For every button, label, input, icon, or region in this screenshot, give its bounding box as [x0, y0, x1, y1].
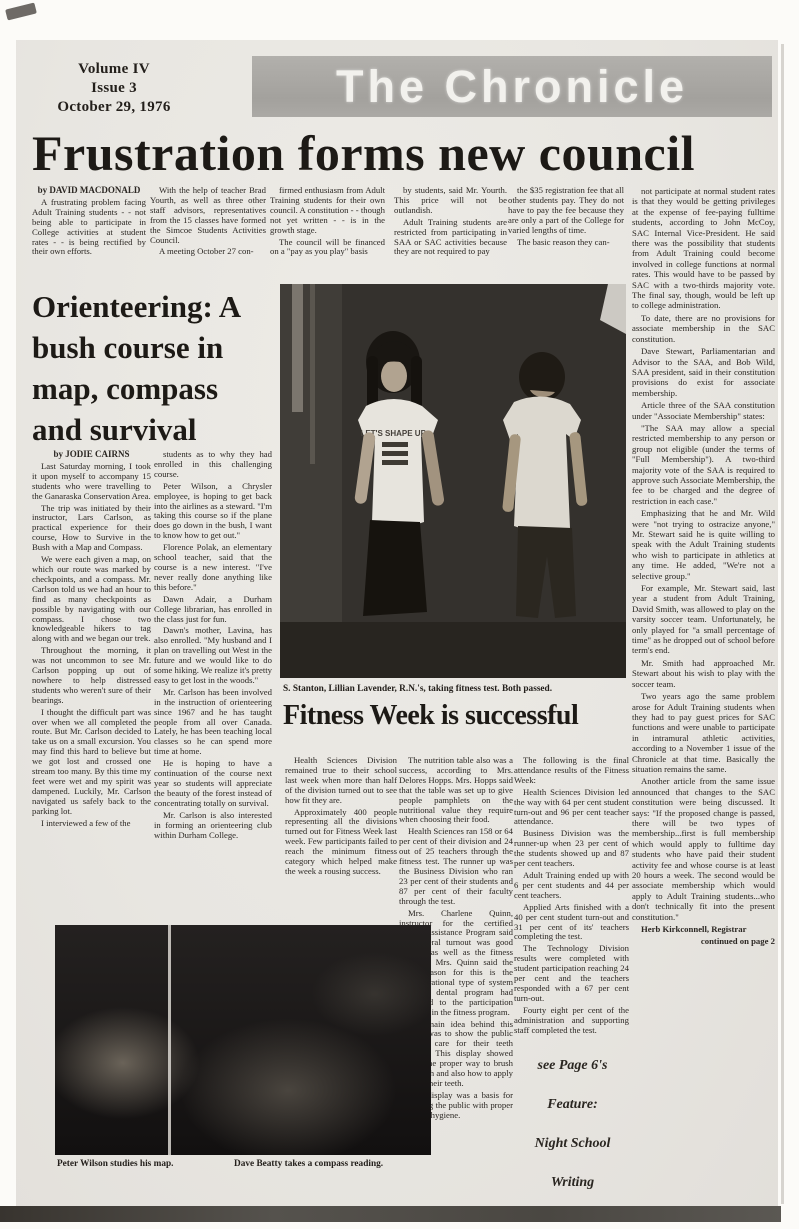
paragraph: Florence Polak, an elementary school tea…: [154, 543, 272, 593]
main-photo-caption: S. Stanton, Lillian Lavender, R.N.'s, ta…: [283, 684, 629, 694]
lead-column-3: firmed enthusiasm from Adult Training st…: [270, 186, 385, 259]
paragraph: Applied Arts finished with a 40 per cent…: [514, 903, 629, 943]
paragraph: Emphasizing that he and Mr. Wild were "n…: [632, 508, 775, 581]
fitness-test-photo: LET'S SHAPE UP...: [280, 284, 626, 678]
lead-column-5: the $35 registration fee that all other …: [508, 186, 624, 249]
bottom-photo-caption-left: Peter Wilson studies his map.: [57, 1159, 227, 1169]
paragraph: The nutrition table also was a success, …: [399, 756, 513, 825]
paragraph: the $35 registration fee that all other …: [508, 186, 624, 236]
fitness-column-1: Health Sciences Division remained true t…: [285, 756, 397, 879]
orienteering-column-2: students as to why they had enrolled in …: [154, 450, 272, 922]
paragraph: To date, there are no provisions for ass…: [632, 313, 775, 344]
paragraph: students as to why they had enrolled in …: [154, 450, 272, 480]
paragraph: Mr. Smith had approached Mr. Stewart abo…: [632, 658, 775, 689]
paragraph: Dawn Adair, a Durham College librarian, …: [154, 595, 272, 625]
paragraph: He is hoping to have a continuation of t…: [154, 759, 272, 809]
paragraph: Approximately 400 people representing al…: [285, 808, 397, 877]
paragraph: The basic reason they can-: [508, 238, 624, 248]
page-edge-line: [781, 44, 784, 1204]
headline-line: bush course in: [32, 327, 282, 368]
lead-right-column: not participate at normal student rates …: [632, 186, 775, 1204]
lead-column-1: by DAVID MACDONALD A frustrating problem…: [32, 186, 146, 259]
paragraph: "The SAA may allow a special restricted …: [632, 423, 775, 506]
paragraph: Health Sciences Division remained true t…: [285, 756, 397, 806]
promo-line: see Page 6's: [500, 1058, 645, 1074]
paragraph: I interviewed a few of the: [32, 819, 151, 829]
newspaper-page: Volume IV Issue 3 October 29, 1976 The C…: [0, 0, 799, 1229]
paragraph: Two years ago the same problem arose for…: [632, 691, 775, 774]
paragraph: Health Sciences Division led the way wit…: [514, 788, 629, 828]
paragraph: The trip was initiated by their instruct…: [32, 504, 151, 554]
orienteering-headline: Orienteering: Abush course inmap, compas…: [32, 286, 282, 450]
paragraph: Adult Training students are restricted f…: [394, 218, 507, 258]
paragraph: The following is the final attendance re…: [514, 756, 629, 786]
orienteering-column-1: by JODIE CAIRNS Last Saturday morning, I…: [32, 450, 151, 922]
paragraph: by students, said Mr. Yourth. This price…: [394, 186, 507, 216]
promo-line: Writing: [500, 1175, 645, 1191]
fitness-headline: Fitness Week is successful: [283, 700, 633, 732]
registrar-line: Herb Kirkconnell, Registrar: [632, 924, 775, 934]
bottom-photo-caption-right: Dave Beatty takes a compass reading.: [234, 1159, 430, 1169]
paragraph: For example, Mr. Stewart said, last year…: [632, 583, 775, 656]
paragraph: Throughout the morning, it was not uncom…: [32, 646, 151, 705]
lead-headline: Frustration forms new council: [32, 124, 778, 182]
paragraph: Health Sciences ran 158 or 64 per cent o…: [399, 827, 513, 906]
promo-line: Feature:: [500, 1097, 645, 1113]
paragraph: Mr. Carlson is also interested in formin…: [154, 811, 272, 841]
paragraph: Business Division was the runner-up when…: [514, 829, 629, 869]
paragraph: Adult Training ended up with 6 per cent …: [514, 871, 629, 901]
orienteering-byline: by JODIE CAIRNS: [32, 450, 151, 460]
paragraph: I thought the difficult part was over wh…: [32, 708, 151, 817]
paragraph: Peter Wilson, a Chrysler employee, is ho…: [154, 482, 272, 541]
headline-line: Orienteering: A: [32, 286, 282, 327]
paragraph: Dave Stewart, Parliamentarian and Adviso…: [632, 346, 775, 398]
masthead-title: The Chronicle: [336, 61, 688, 113]
continued-notice: continued on page 2: [632, 936, 775, 946]
paragraph: With the help of teacher Brad Yourth, as…: [150, 186, 266, 245]
lead-column-4: by students, said Mr. Yourth. This price…: [394, 186, 507, 259]
paragraph: Last Saturday morning, I took it upon my…: [32, 462, 151, 502]
volume-label: Volume IV: [28, 60, 200, 79]
fitness-column-3: The following is the final attendance re…: [514, 756, 629, 1037]
date-label: October 29, 1976: [28, 98, 200, 117]
promo-line: Night School: [500, 1136, 645, 1152]
paragraph: The Technology Division results were com…: [514, 944, 629, 1003]
paragraph: A frustrating problem facing Adult Train…: [32, 198, 146, 257]
paragraph: A meeting October 27 con-: [150, 247, 266, 257]
orienteering-photos: [55, 925, 431, 1155]
masthead: The Chronicle: [252, 56, 772, 117]
paragraph: Article three of the SAA constitution un…: [632, 400, 775, 421]
issue-label: Issue 3: [28, 79, 200, 98]
scan-bottom-strip: [0, 1206, 781, 1222]
paragraph: Dawn's mother, Lavina, has also enrolled…: [154, 626, 272, 685]
lead-column-2: With the help of teacher Brad Yourth, as…: [150, 186, 266, 259]
lead-byline: by DAVID MACDONALD: [32, 186, 146, 196]
paragraph: Mr. Carlson has been involved in the ins…: [154, 688, 272, 757]
paragraph: We were each given a map, on which our r…: [32, 555, 151, 644]
page-six-promo: see Page 6'sFeature:Night SchoolWriting: [500, 1058, 645, 1214]
headline-line: and survival: [32, 409, 282, 450]
headline-line: map, compass: [32, 368, 282, 409]
issue-info: Volume IV Issue 3 October 29, 1976: [28, 60, 200, 117]
scan-artifact: [5, 3, 37, 21]
fitness-test-photo-art: LET'S SHAPE UP...: [280, 284, 626, 678]
paragraph: firmed enthusiasm from Adult Training st…: [270, 186, 385, 236]
paragraph: Fourty eight per cent of the administrat…: [514, 1006, 629, 1036]
paragraph: not participate at normal student rates …: [632, 186, 775, 311]
paragraph: The council will be financed on a "pay a…: [270, 238, 385, 258]
paragraph: Another article from the same issue anno…: [632, 776, 775, 922]
photo-divider: [168, 925, 171, 1155]
